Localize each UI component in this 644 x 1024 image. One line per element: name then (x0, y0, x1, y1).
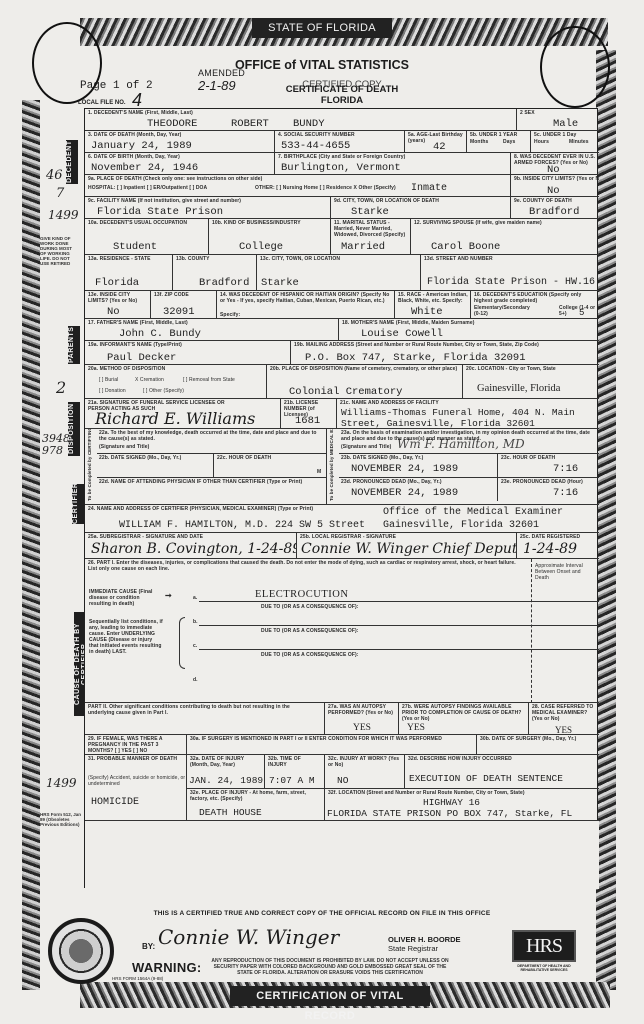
field-under-1-day: 5c. UNDER 1 Day Hours Minutes (531, 131, 599, 153)
section-tab-certifier: CERTIFIER (72, 484, 84, 524)
hrs-logo-icon: HRS (512, 930, 576, 962)
field-referred-to-me: 28. CASE REFERRED TO MEDICAL EXAMINER? (… (529, 703, 599, 735)
certifying-physician-block: To be Completed by CERTIFYING PHYSICIAN … (85, 429, 327, 505)
blank-area (85, 821, 599, 889)
field-hispanic-origin: 14. WAS DECEDENT OF HISPANIC OR HAITIAN … (217, 291, 395, 319)
field-city-of-death: 9d. CITY, TOWN, OR LOCATION OF DEATH Sta… (331, 197, 511, 219)
field-disposition-location: 20c. LOCATION - City or Town, State Gain… (463, 365, 599, 399)
field-place-of-death: 9a. PLACE OF DEATH (Check only one: see … (85, 175, 511, 197)
field-date-of-death: 3. DATE OF DEATH (Month, Day, Year) Janu… (85, 131, 275, 153)
field-license-number: 21b. LICENSE NUMBER (of Licensee) 1681 (281, 399, 337, 429)
section-tab-parents: PARENTS (68, 326, 80, 364)
margin-note-46: 46 (46, 168, 63, 183)
section-tab-decedent: DECEDENT (66, 140, 78, 184)
field-certifier-name-address: 24. NAME AND ADDRESS OF CERTIFIER (PHYSI… (85, 505, 599, 533)
field-marital-status: 11. MARITAL STATUS - Married, Never Marr… (331, 219, 411, 255)
florida-great-seal-icon (48, 918, 114, 984)
field-surgery-condition: 30a. IF SURGERY IS MENTIONED IN PART I o… (187, 735, 477, 755)
cause-of-death-part2: PART II. Other significant conditions co… (85, 703, 325, 735)
field-method-of-disposition: 20a. METHOD OF DISPOSITION [ ] Burial X … (85, 365, 267, 399)
form-number: HRS Form 512, Jan 89 (Obsoletes Previous… (40, 812, 84, 827)
cause-of-death-part1: 26. PART I. Enter the diseases, injuries… (85, 559, 599, 703)
field-injury-date: 32a. DATE OF INJURY (Month, Day, Year) J… (187, 755, 265, 789)
field-birthplace: 7. BIRTHPLACE (City and State or Foreign… (275, 153, 511, 175)
warning-label: WARNING: (132, 960, 202, 975)
field-inside-city-limits: 9b. INSIDE CITY LIMITS? (Yes or No) No (511, 175, 599, 197)
deputy-signature: Connie W. Winger (158, 925, 339, 949)
field-mailing-address: 19b. MAILING ADDRESS (Street and Number … (291, 341, 599, 365)
field-residence-street: 13d. STREET AND NUMBER Florida State Pri… (421, 255, 599, 291)
checkbox-cremation: X Cremation (135, 377, 164, 383)
occupation-hint: GIVE KIND OF WORK DONE DURING MOST OF WO… (40, 236, 76, 266)
decorative-border-left (22, 100, 40, 990)
field-zip-code: 13f. ZIP CODE 32091 (151, 291, 217, 319)
field-date-registered: 25c. DATE REGISTERED 1-24-89 (517, 533, 599, 559)
certification-banner: CERTIFICATION OF VITAL RECORD (230, 986, 430, 1006)
arrow-icon: ➞ (165, 593, 172, 599)
field-injury-time: 32b. TIME OF INJURY 7:07 A M (265, 755, 325, 789)
by-label: BY: (142, 942, 155, 951)
warning-text: ANY REPRODUCTION OF THIS DOCUMENT IS PRO… (210, 958, 450, 976)
hrs-department-name: DEPARTMENT OF HEALTH AND REHABILITATIVE … (508, 964, 580, 972)
office-title: OFFICE of VITAL STATISTICS (0, 58, 644, 72)
field-education: 16. DECEDENT'S EDUCATION (Specify only h… (471, 291, 599, 319)
amended-label: AMENDED (198, 68, 245, 78)
field-residence-county: 13b. COUNTY Bradford (173, 255, 257, 291)
last-name: BUNDY (293, 118, 325, 130)
margin-note-2: 2 (56, 378, 66, 397)
death-certificate-document: STATE OF FLORIDA CERTIFICATION OF VITAL … (0, 0, 644, 1024)
medical-examiner-block: To be Completed by MEDICAL EXAMINER 23a.… (327, 429, 599, 505)
field-mother-name: 18. MOTHER'S NAME (First, Middle, Maiden… (339, 319, 599, 341)
margin-note-1499: 1499 (48, 208, 79, 222)
field-under-1-year: 5b. UNDER 1 YEAR Months Days (467, 131, 531, 153)
field-local-registrar: 25b. LOCAL REGISTRAR - SIGNATURE Connie … (297, 533, 517, 559)
registrar-name: OLIVER H. BOORDE (388, 935, 461, 944)
first-name: THEODORE (147, 118, 197, 130)
field-ssn: 4. SOCIAL SECURITY NUMBER 533-44-4655 (275, 131, 405, 153)
field-occupation: 10a. DECEDENT'S USUAL OCCUPATION Student (85, 219, 209, 255)
field-surgery-date: 30b. DATE OF SURGERY (Mo., Day, Yr.) (477, 735, 599, 755)
checkbox-donation: [ ] Donation (99, 388, 126, 394)
field-residence-inside-city: 13e. INSIDE CITY LIMITS? (Yes or No) No (85, 291, 151, 319)
margin-note-978: 978 (42, 444, 63, 457)
margin-note-1499-b: 1499 (46, 776, 77, 790)
section-tab-disposition: DISPOSITION (68, 402, 80, 456)
field-race: 15. RACE - American Indian, Black, White… (395, 291, 471, 319)
field-date-of-birth: 6. DATE OF BIRTH (Month, Day, Year) Nove… (85, 153, 275, 175)
field-manner-of-death: 31. PROBABLE MANNER OF DEATH (Specify) A… (85, 755, 187, 821)
hrs-form-number: HRS FORM 1564A (9-88) (112, 976, 163, 981)
field-injury-at-work: 32c. INJURY AT WORK? (Yes or No) NO (325, 755, 405, 789)
field-father-name: 17. FATHER'S NAME (First, Middle, Last) … (85, 319, 339, 341)
field-facility-name: 9c. FACILITY NAME (If not institution, g… (85, 197, 331, 219)
field-autopsy-performed: 27a. WAS AN AUTOPSY PERFORMED? (Yes or N… (325, 703, 399, 735)
field-injury-location: 32f. LOCATION (Street and Number or Rura… (325, 789, 599, 821)
checkbox-removal: [ ] Removal from State (183, 377, 235, 383)
field-residence-city: 13c. CITY, TOWN, OR LOCATION Starke (257, 255, 421, 291)
field-place-of-injury: 32e. PLACE OF INJURY - At home, farm, st… (187, 789, 325, 821)
field-autopsy-findings: 27b. WERE AUTOPSY FINDINGS AVAILABLE PRI… (399, 703, 529, 735)
field-pregnancy: 29. IF FEMALE, WAS THERE A PREGNANCY IN … (85, 735, 187, 755)
field-business: 10b. KIND OF BUSINESS/INDUSTRY College (209, 219, 331, 255)
field-funeral-facility: 21c. NAME AND ADDRESS OF FACILITY Willia… (337, 399, 599, 429)
field-subregistrar: 25a. SUBREGISTRAR - SIGNATURE AND DATE S… (85, 533, 297, 559)
state-registrar: OLIVER H. BOORDE State Registrar (388, 935, 461, 953)
field-decedent-name: 1. DECEDENT'S NAME (First, Middle, Last)… (85, 109, 517, 131)
field-surviving-spouse: 12. SURVIVING SPOUSE (If wife, give maid… (411, 219, 599, 255)
middle-name: ROBERT (231, 118, 269, 130)
field-age: 5a. AGE-Last Birthday (years) 42 (405, 131, 467, 153)
local-file-label: LOCAL FILE NO. (78, 100, 126, 106)
field-place-of-disposition: 20b. PLACE OF DISPOSITION (Name of cemet… (267, 365, 463, 399)
state-banner: STATE OF FLORIDA (252, 18, 392, 38)
field-injury-description: 32d. DESCRIBE HOW INJURY OCCURRED EXECUT… (405, 755, 599, 789)
field-residence-state: 13a. RESIDENCE - STATE Florida (85, 255, 173, 291)
certificate-form: 1. DECEDENT'S NAME (First, Middle, Last)… (84, 108, 598, 888)
field-licensee-signature: 21a. SIGNATURE OF FUNERAL SERVICE LICENS… (85, 399, 281, 429)
margin-note-7: 7 (56, 186, 64, 201)
field-county-of-death: 9e. COUNTY OF DEATH Bradford (511, 197, 599, 219)
field-informant-name: 19a. INFORMANT'S NAME (Type/Print) Paul … (85, 341, 291, 365)
checkbox-burial: [ ] Burial (99, 377, 118, 383)
registrar-title: State Registrar (388, 944, 461, 953)
checkbox-other: [ ] Other (Specify) (143, 388, 184, 394)
certified-statement: THIS IS A CERTIFIED TRUE AND CORRECT COP… (0, 910, 644, 917)
field-armed-forces: 8. WAS DECEDENT EVER IN U.S. ARMED FORCE… (511, 153, 599, 175)
field-sex: 2 SEX Male (517, 109, 599, 131)
certificate-title: CERTIFICATE OF DEATH (0, 84, 644, 95)
decorative-border-right (596, 50, 616, 990)
